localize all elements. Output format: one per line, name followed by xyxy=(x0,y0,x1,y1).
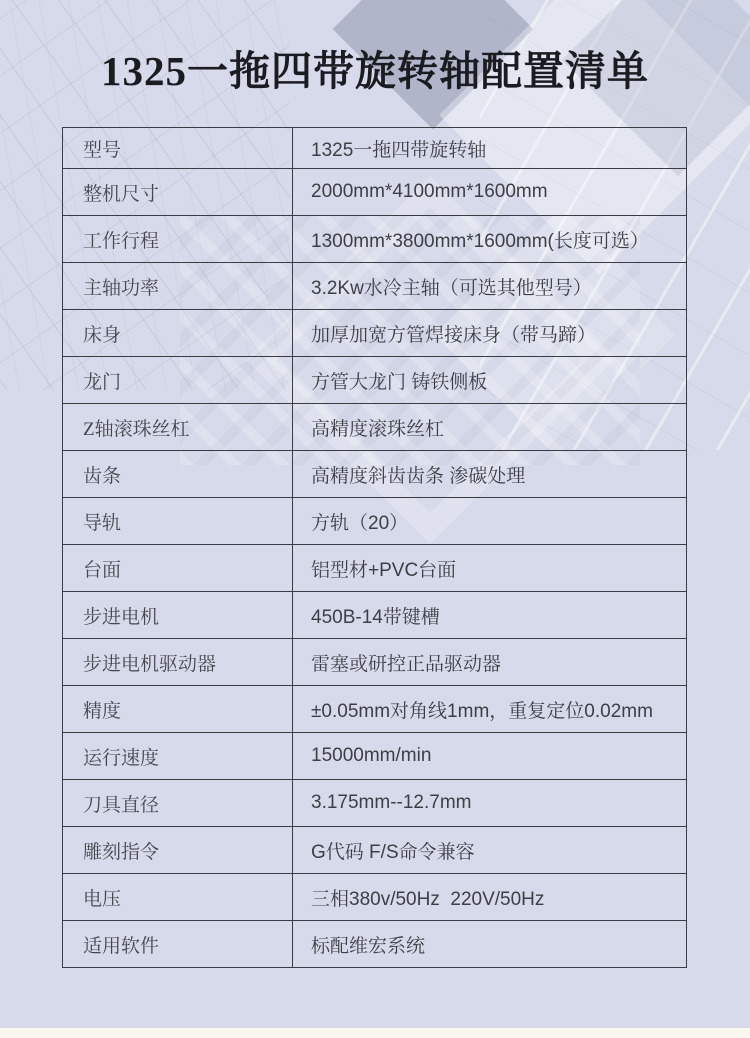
spec-label: 台面 xyxy=(63,545,293,592)
spec-row: 工作行程 1300mm*3800mm*1600mm(长度可选） xyxy=(63,216,687,263)
spec-label: 运行速度 xyxy=(63,733,293,780)
spec-label: 精度 xyxy=(63,686,293,733)
spec-value: ±0.05mm对角线1mm，重复定位0.02mm xyxy=(293,686,687,733)
spec-row: 龙门 方管大龙门 铸铁侧板 xyxy=(63,357,687,404)
spec-label: 龙门 xyxy=(63,357,293,404)
spec-row: 电压 三相380v/50Hz 220V/50Hz xyxy=(63,874,687,921)
spec-row: Z轴滚珠丝杠 高精度滚珠丝杠 xyxy=(63,404,687,451)
spec-value: 3.2Kw水冷主轴（可选其他型号） xyxy=(293,263,687,310)
spec-row: 雕刻指令 G代码 F/S命令兼容 xyxy=(63,827,687,874)
spec-label: 适用软件 xyxy=(63,921,293,968)
spec-label: 电压 xyxy=(63,874,293,921)
spec-label: 雕刻指令 xyxy=(63,827,293,874)
spec-row: 型号 1325一拖四带旋转轴 xyxy=(63,128,687,169)
spec-row: 运行速度 15000mm/min xyxy=(63,733,687,780)
spec-table: 型号 1325一拖四带旋转轴 整机尺寸 2000mm*4100mm*1600mm… xyxy=(62,127,687,968)
spec-value: 1325一拖四带旋转轴 xyxy=(293,128,687,169)
spec-label: 床身 xyxy=(63,310,293,357)
spec-value: 高精度斜齿齿条 渗碳处理 xyxy=(293,451,687,498)
bottom-strip xyxy=(0,1028,750,1038)
spec-label: 齿条 xyxy=(63,451,293,498)
spec-value: 方轨（20） xyxy=(293,498,687,545)
spec-label: 整机尺寸 xyxy=(63,169,293,216)
spec-label: 主轴功率 xyxy=(63,263,293,310)
spec-label: 工作行程 xyxy=(63,216,293,263)
spec-row: 步进电机驱动器 雷塞或研控正品驱动器 xyxy=(63,639,687,686)
spec-row: 刀具直径 3.175mm--12.7mm xyxy=(63,780,687,827)
spec-value: 方管大龙门 铸铁侧板 xyxy=(293,357,687,404)
spec-value: 加厚加宽方管焊接床身（带马蹄） xyxy=(293,310,687,357)
spec-row: 齿条 高精度斜齿齿条 渗碳处理 xyxy=(63,451,687,498)
spec-row: 台面 铝型材+PVC台面 xyxy=(63,545,687,592)
spec-value: 450B-14带键槽 xyxy=(293,592,687,639)
spec-label: 步进电机 xyxy=(63,592,293,639)
spec-row: 床身 加厚加宽方管焊接床身（带马蹄） xyxy=(63,310,687,357)
spec-row: 导轨 方轨（20） xyxy=(63,498,687,545)
spec-label: Z轴滚珠丝杠 xyxy=(63,404,293,451)
spec-sheet-page: 1325一拖四带旋转轴配置清单 型号 1325一拖四带旋转轴 整机尺寸 2000… xyxy=(0,0,750,1038)
spec-value: 1300mm*3800mm*1600mm(长度可选） xyxy=(293,216,687,263)
spec-value: 高精度滚珠丝杠 xyxy=(293,404,687,451)
spec-table-body: 型号 1325一拖四带旋转轴 整机尺寸 2000mm*4100mm*1600mm… xyxy=(63,128,687,968)
page-title: 1325一拖四带旋转轴配置清单 xyxy=(0,38,750,97)
spec-label: 导轨 xyxy=(63,498,293,545)
spec-value: 铝型材+PVC台面 xyxy=(293,545,687,592)
spec-value: 2000mm*4100mm*1600mm xyxy=(293,169,687,216)
spec-row: 步进电机 450B-14带键槽 xyxy=(63,592,687,639)
spec-row: 主轴功率 3.2Kw水冷主轴（可选其他型号） xyxy=(63,263,687,310)
spec-row: 整机尺寸 2000mm*4100mm*1600mm xyxy=(63,169,687,216)
spec-label: 型号 xyxy=(63,128,293,169)
spec-value: 15000mm/min xyxy=(293,733,687,780)
spec-value: 3.175mm--12.7mm xyxy=(293,780,687,827)
spec-value: G代码 F/S命令兼容 xyxy=(293,827,687,874)
spec-row: 适用软件 标配维宏系统 xyxy=(63,921,687,968)
spec-label: 步进电机驱动器 xyxy=(63,639,293,686)
spec-row: 精度 ±0.05mm对角线1mm，重复定位0.02mm xyxy=(63,686,687,733)
spec-value: 雷塞或研控正品驱动器 xyxy=(293,639,687,686)
spec-value: 标配维宏系统 xyxy=(293,921,687,968)
spec-value: 三相380v/50Hz 220V/50Hz xyxy=(293,874,687,921)
spec-label: 刀具直径 xyxy=(63,780,293,827)
